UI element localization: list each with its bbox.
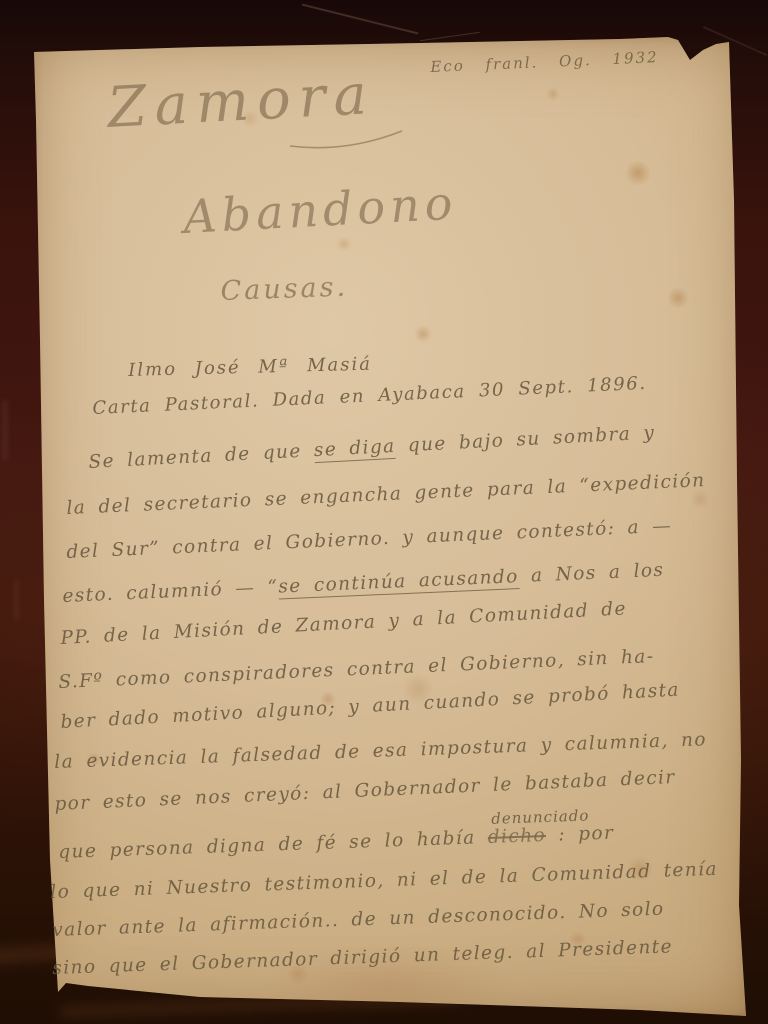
underlined-phrase: se diga xyxy=(313,436,396,463)
correction: dichodenunciado xyxy=(487,825,546,848)
photo-of-manuscript: Eco franl. Og. 1932 Zamora Abandono Caus… xyxy=(0,0,768,1024)
struck-word: dicho xyxy=(487,825,546,848)
body-text: : por xyxy=(546,823,615,846)
inserted-word: denunciado xyxy=(491,806,590,827)
title-underline-flourish xyxy=(288,126,406,154)
document-subheading: Causas. xyxy=(220,272,349,307)
scratch-mark xyxy=(14,580,19,620)
scratch-mark xyxy=(2,400,8,460)
